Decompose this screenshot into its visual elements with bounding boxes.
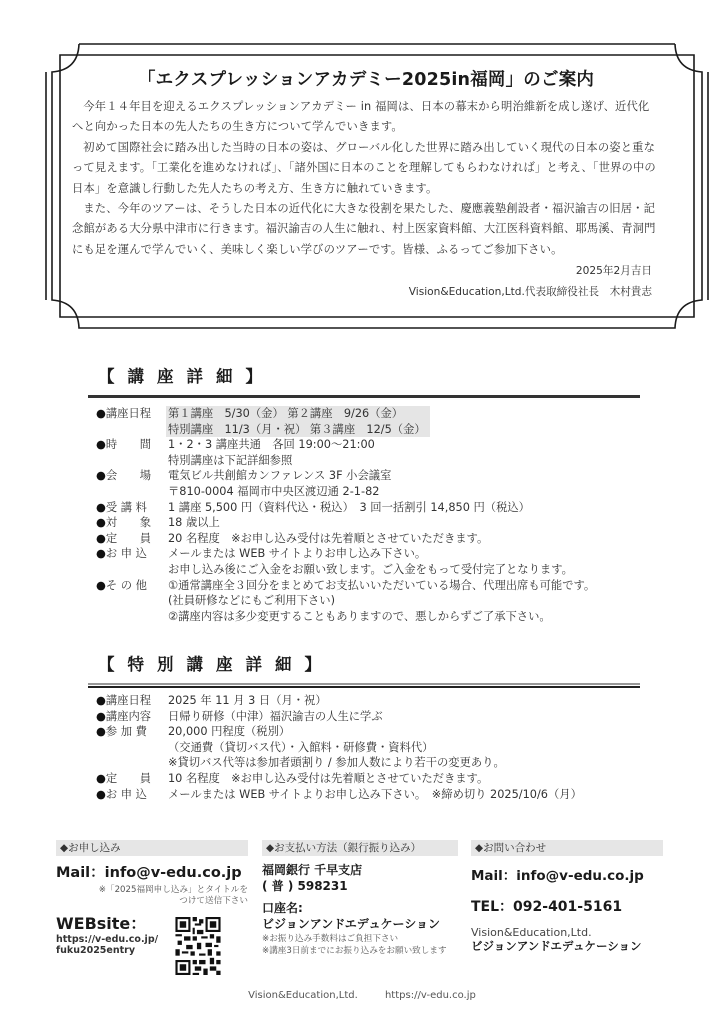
row-label: 講座日程	[106, 694, 151, 707]
bullet-icon: ●	[96, 772, 106, 785]
apply-note: つけて送信下さい	[56, 896, 248, 907]
row-label: 講座日程	[106, 407, 151, 420]
intro-paragraph: また、今年のツアーは、そうした日本の近代化に大きな役割を果たした、慶應義塾創設者…	[72, 199, 660, 260]
intro-title: 「エクスプレッションアカデミー2025in福岡」のご案内	[72, 66, 660, 91]
intro-paragraph: 今年１４年目を迎えるエクスプレッションアカデミー in 福岡は、日本の幕末から明…	[72, 97, 660, 138]
row-label: そ の 他	[106, 579, 147, 592]
footer-url-link[interactable]: https://v-edu.co.jp	[385, 990, 476, 1001]
account-holder: ビジョンアンドエデュケーション	[262, 916, 458, 932]
detail-row-apply: ●お 申 込 メールまたは WEB サイトよりお申し込み下さい。 お申し込み後に…	[96, 546, 656, 577]
row-label: 会 場	[106, 469, 151, 482]
bullet-icon: ●	[96, 547, 106, 560]
bullet-icon: ●	[96, 579, 106, 592]
row-line: 〒810-0004 福岡市中央区渡辺通 2-1-82	[168, 484, 656, 500]
footer-company: Vision&Education,Ltd.	[248, 990, 358, 1001]
contact-mail-link[interactable]: Mail：info@v-edu.co.jp	[471, 864, 663, 884]
intro-date: 2025年2月吉日	[72, 262, 660, 281]
row-line: メールまたは WEB サイトよりお申し込み下さい。 ※締め切り 2025/10/…	[168, 787, 656, 803]
payment-note: ※お振り込み手数料はご負担下さい	[262, 933, 458, 945]
detail-row-target: ●対 象 18 歳以上	[96, 515, 656, 531]
course-details-heading: 【講座詳細】	[98, 363, 275, 387]
detail-row-time: ●時 間 1・2・3 講座共通 各回 19:00〜21:00 特別講座は下記詳細…	[96, 437, 656, 468]
row-label: お 申 込	[106, 547, 147, 560]
special-row-apply: ●お 申 込 メールまたは WEB サイトよりお申し込み下さい。 ※締め切り 2…	[96, 787, 656, 803]
row-label: 参 加 費	[106, 725, 147, 738]
bullet-icon: ●	[96, 710, 106, 723]
row-line: 20,000 円程度（税別）	[168, 724, 656, 740]
row-label: お 申 込	[106, 788, 147, 801]
bullet-icon: ●	[96, 788, 106, 801]
detail-row-capacity: ●定 員 20 名程度 ※お申し込み受付は先着順とさせていただきます。	[96, 531, 656, 547]
row-line: (社員研修などにもご利用下さい)	[168, 593, 656, 609]
payment-note: ※講座3日前までにお振り込みをお願い致します	[262, 945, 458, 957]
bullet-icon: ●	[96, 501, 106, 514]
row-line: 10 名程度 ※お申し込み受付は先着順とさせていただきます。	[168, 771, 656, 787]
bullet-icon: ●	[96, 516, 106, 529]
special-row-capacity: ●定 員 10 名程度 ※お申し込み受付は先着順とさせていただきます。	[96, 771, 656, 787]
bullet-icon: ●	[96, 694, 106, 707]
row-line: 1・2・3 講座共通 各回 19:00〜21:00	[168, 437, 656, 453]
schedule-highlight: 第１講座 5/30（金） 第２講座 9/26（金） 特別講座 11/3（月・祝）…	[166, 406, 430, 437]
account-number: ( 普 ) 598231	[262, 878, 458, 894]
row-line: （交通費（貸切バス代）・入館料・研修費・資料代）	[168, 740, 656, 756]
special-details-heading: 【特別講座詳細】	[98, 651, 334, 675]
bullet-icon: ●	[96, 725, 106, 738]
row-line: 2025 年 11 月 3 日（月・祝）	[168, 693, 656, 709]
special-row-schedule: ●講座日程 2025 年 11 月 3 日（月・祝）	[96, 693, 656, 709]
bullet-icon: ●	[96, 407, 106, 420]
row-line: 特別講座 11/3（月・祝） 第３講座 12/5（金）	[168, 422, 426, 438]
footer-payment-box: ◆お支払い方法（銀行振り込み） 福岡銀行 千早支店 ( 普 ) 598231 口…	[262, 840, 458, 957]
row-line: 18 歳以上	[168, 515, 656, 531]
row-line: 特別講座は下記詳細参照	[168, 453, 656, 469]
row-line: ※貸切バス代等は参加者頭割り / 参加人数により若干の変更あり。	[168, 755, 656, 771]
row-line: お申し込み後にご入金をお願い致します。ご入金をもって受付完了となります。	[168, 562, 656, 578]
intro-signature: Vision&Education,Ltd.代表取締役社長 木村貴志	[72, 283, 660, 302]
row-label: 講座内容	[106, 710, 151, 723]
special-row-content: ●講座内容 日帰り研修（中津）福沢諭吉の人生に学ぶ	[96, 709, 656, 725]
bullet-icon: ●	[96, 438, 106, 451]
row-line: ②講座内容は多少変更することもありますので、悪しからずご了承下さい。	[168, 609, 656, 625]
apply-mail-link[interactable]: Mail：info@v-edu.co.jp	[56, 861, 248, 882]
apply-heading: ◆お申し込み	[56, 840, 248, 856]
contact-phone-link[interactable]: TEL：092-401-5161	[471, 896, 663, 916]
company-name-en: Vision&Education,Ltd.	[471, 926, 663, 939]
account-holder-label: 口座名:	[262, 900, 458, 916]
detail-row-venue: ●会 場 電気ビル共創館カンファレンス 3F 小会議室 〒810-0004 福岡…	[96, 468, 656, 499]
contact-heading: ◆お問い合わせ	[471, 840, 663, 856]
row-line: 1 講座 5,500 円（資料代込・税込） 3 回一括割引 14,850 円（税…	[168, 500, 656, 516]
bullet-icon: ●	[96, 532, 106, 545]
company-name-ja: ビジョンアンドエデュケーション	[471, 939, 663, 953]
bullet-icon: ●	[96, 469, 106, 482]
section-divider	[88, 395, 640, 398]
detail-row-schedule: ●講座日程 第１講座 5/30（金） 第２講座 9/26（金） 特別講座 11/…	[96, 406, 656, 437]
row-line: 第１講座 5/30（金） 第２講座 9/26（金）	[168, 406, 426, 422]
special-details-list: ●講座日程 2025 年 11 月 3 日（月・祝） ●講座内容 日帰り研修（中…	[96, 693, 656, 802]
detail-row-fee: ●受 講 料 1 講座 5,500 円（資料代込・税込） 3 回一括割引 14,…	[96, 500, 656, 516]
section-divider	[88, 683, 640, 688]
row-line: メールまたは WEB サイトよりお申し込み下さい。	[168, 546, 656, 562]
course-details-list: ●講座日程 第１講座 5/30（金） 第２講座 9/26（金） 特別講座 11/…	[96, 406, 656, 624]
row-line: 電気ビル共創館カンファレンス 3F 小会議室	[168, 468, 656, 484]
row-line: ①通常講座全３回分をまとめてお支払いいただいている場合、代理出席も可能です。	[168, 578, 656, 594]
intro-paragraph: 初めて国際社会に踏み出した当時の日本の姿は、グローバル化した世界に踏み出していく…	[72, 138, 660, 199]
row-label: 時 間	[106, 438, 151, 451]
special-row-fee: ●参 加 費 20,000 円程度（税別） （交通費（貸切バス代）・入館料・研修…	[96, 724, 656, 771]
page-footer: Vision&Education,Ltd. https://v-edu.co.j…	[0, 990, 724, 1001]
footer-contact-box: ◆お問い合わせ Mail：info@v-edu.co.jp TEL：092-40…	[471, 840, 663, 953]
payment-heading: ◆お支払い方法（銀行振り込み）	[262, 840, 458, 856]
row-label: 対 象	[106, 516, 151, 529]
apply-note: ※「2025福岡申し込み」とタイトルを	[56, 885, 248, 896]
row-line: 20 名程度 ※お申し込み受付は先着順とさせていただきます。	[168, 531, 656, 547]
row-label: 定 員	[106, 772, 151, 785]
row-label: 受 講 料	[106, 501, 147, 514]
row-line: 日帰り研修（中津）福沢諭吉の人生に学ぶ	[168, 709, 656, 725]
row-label: 定 員	[106, 532, 151, 545]
intro-body: 今年１４年目を迎えるエクスプレッションアカデミー in 福岡は、日本の幕末から明…	[72, 97, 660, 260]
intro-section: 「エクスプレッションアカデミー2025in福岡」のご案内 今年１４年目を迎えるエ…	[72, 66, 660, 302]
bank-name: 福岡銀行 千早支店	[262, 862, 458, 878]
detail-row-other: ●そ の 他 ①通常講座全３回分をまとめてお支払いいただいている場合、代理出席も…	[96, 578, 656, 625]
qr-code-icon[interactable]	[175, 917, 221, 975]
